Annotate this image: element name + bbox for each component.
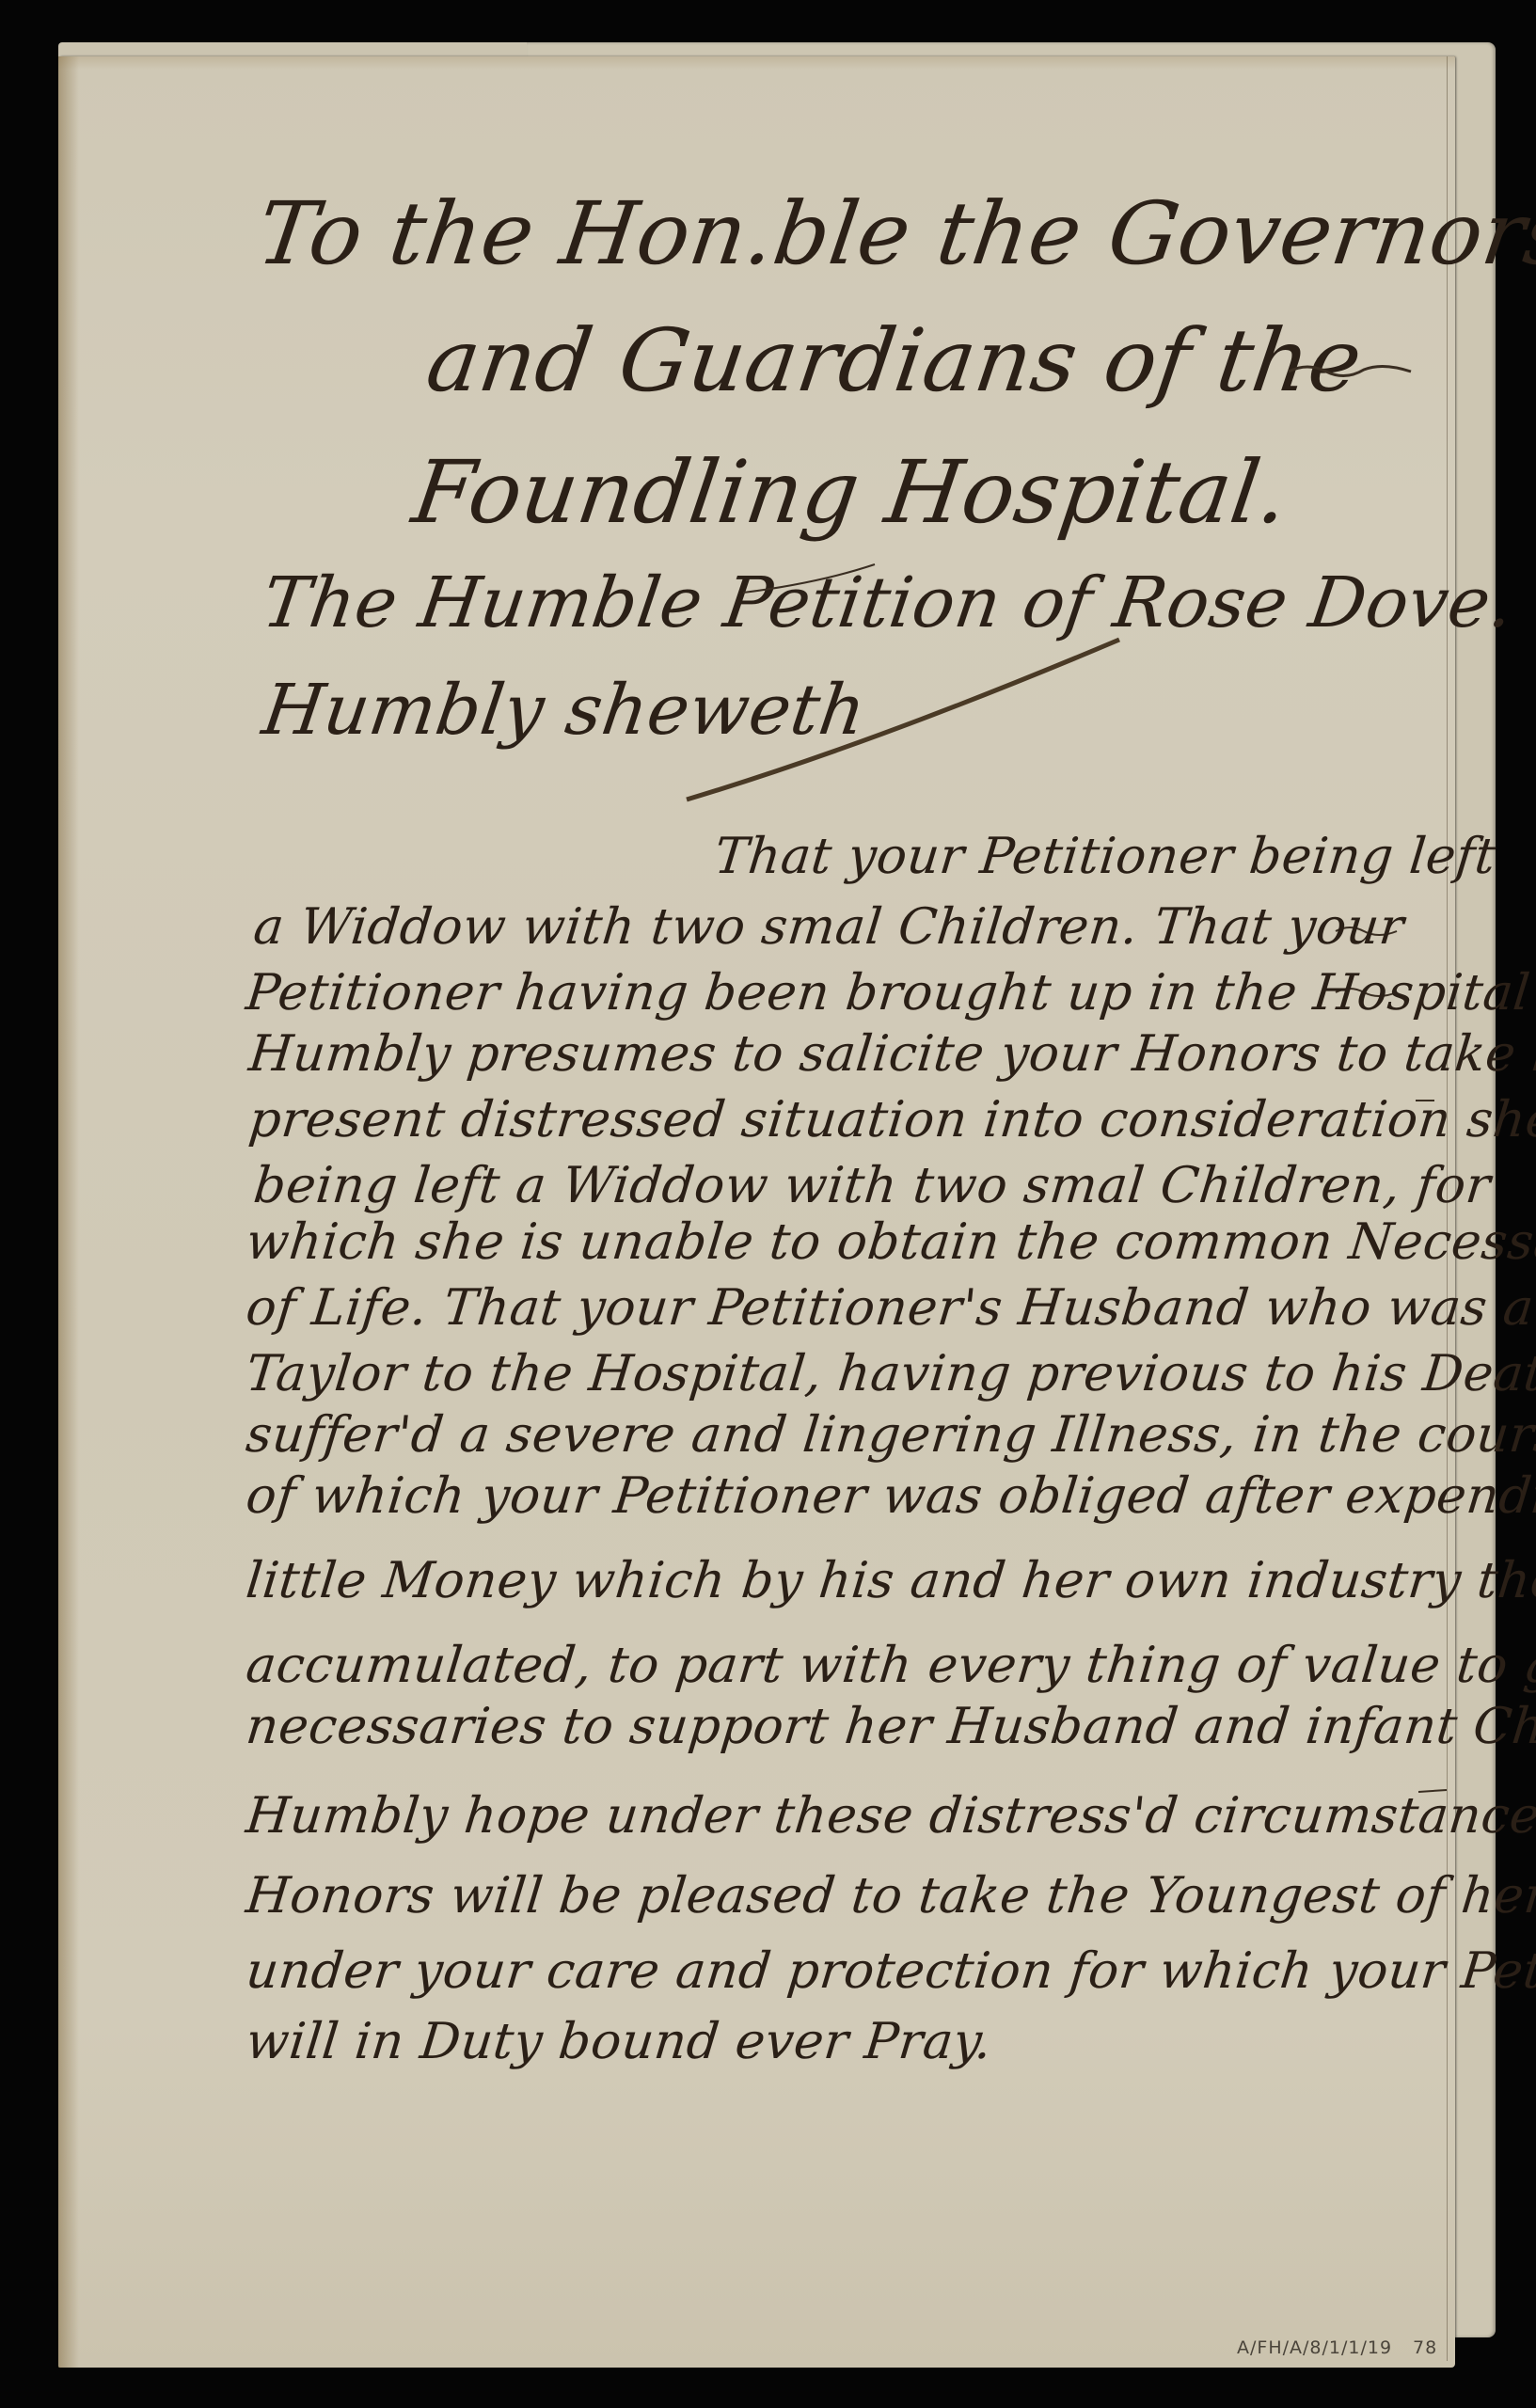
body-line-14: necessaries to support her Husband and i… [244, 1698, 1536, 1755]
heading-line-1: To the Hon.ble the Governors [251, 183, 1536, 284]
body-line-3: Petitioner having been brought up in the… [244, 964, 1533, 1022]
body-line-9: Taylor to the Hospital, having previous … [244, 1345, 1536, 1402]
body-line-12: little Money which by his and her own in… [244, 1552, 1536, 1609]
body-line-2: a Widdow with two smal Children. That yo… [251, 898, 1407, 956]
body-line-18: will in Duty bound ever Pray. [244, 2013, 995, 2070]
body-line-8: of Life. That your Petitioner's Husband … [244, 1279, 1536, 1337]
body-line-1: That your Petitioner being left [712, 828, 1498, 885]
body-line-7: which she is unable to obtain the common… [244, 1213, 1536, 1271]
folio-number: 78 [1413, 2337, 1437, 2358]
archive-reference: A/FH/A/8/1/1/19 [1237, 2337, 1392, 2358]
body-line-5: present distressed situation into consid… [246, 1091, 1536, 1149]
petition-title: The Humble Petition of Rose Dove. [258, 562, 1518, 643]
body-line-6: being left a Widdow with two smal Childr… [251, 1157, 1494, 1214]
body-line-13: accumulated, to part with every thing of… [244, 1637, 1536, 1694]
body-line-10: suffer'd a severe and lingering Illness,… [244, 1406, 1536, 1464]
body-line-15: Humbly hope under these distress'd circu… [244, 1787, 1536, 1845]
salutation: Humbly sheweth [258, 670, 871, 751]
heading-line-3: Foundling Hospital. [406, 442, 1294, 543]
body-line-17: under your care and protection for which… [244, 1942, 1536, 2000]
body-line-16: Honors will be pleased to take the Young… [244, 1867, 1536, 1925]
body-line-4: Humbly presumes to salicite your Honors … [246, 1025, 1536, 1083]
heading-line-2: and Guardians of the [420, 310, 1368, 411]
body-line-11: of which your Petitioner was obliged aft… [244, 1467, 1536, 1525]
